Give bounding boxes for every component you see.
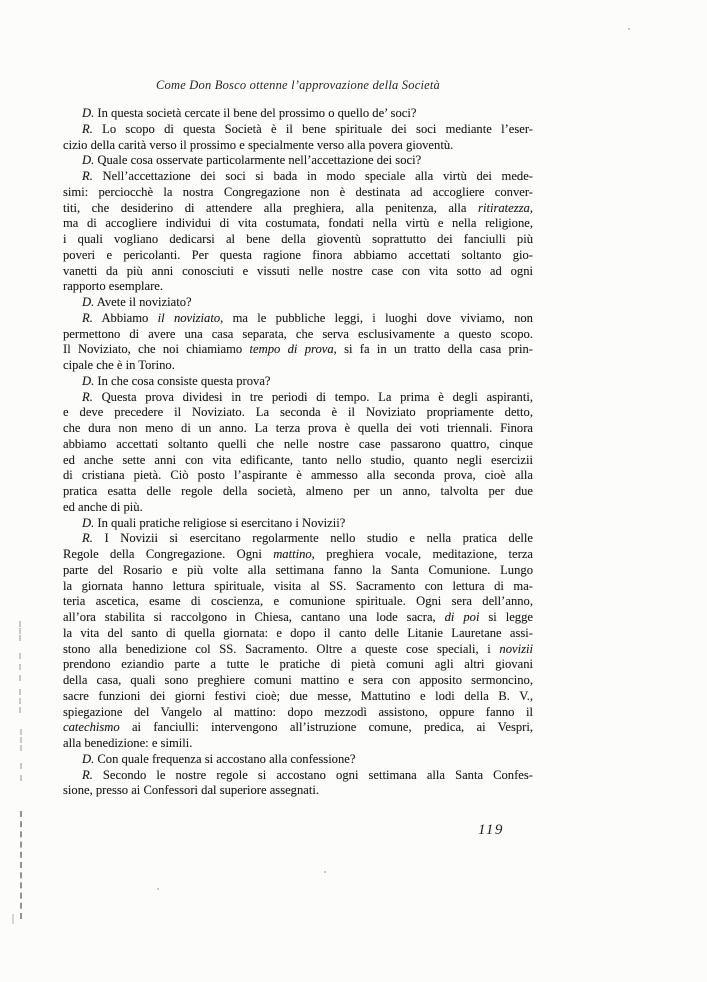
- book-page: Come Don Bosco ottenne l’approvazione de…: [0, 0, 707, 982]
- text-line: D. Con quale frequenza si accostano alla…: [63, 752, 533, 768]
- text-line: D. In che cosa consiste questa prova?: [63, 374, 533, 390]
- text-run: spiegazione del Vangelo al mattino: dopo…: [63, 705, 533, 719]
- text-line: ed anche di più.: [63, 500, 533, 516]
- text-line: la giornata hanno lettura spirituale, vi…: [63, 579, 533, 595]
- text-run: teria ascetica, esame di coscienza, e co…: [63, 594, 533, 608]
- scan-artifact-mark: [19, 689, 21, 713]
- text-line: simi: perciocchè la nostra Congregazione…: [63, 185, 533, 201]
- text-line: R. I Novizii si esercitano regolarmente …: [63, 531, 533, 547]
- text-run: si legge: [479, 610, 533, 624]
- text-line: D. Quale cosa osservate particolarmente …: [63, 153, 533, 169]
- text-run: e deve precedere il Noviziato. La second…: [63, 405, 533, 419]
- text-line: D. In questa società cercate il bene del…: [63, 106, 533, 122]
- text-run: novizii: [499, 642, 533, 656]
- scan-artifact-mark: [20, 729, 22, 751]
- text-run: i quali vogliano dedicarsi al bene della…: [63, 232, 533, 246]
- text-run: I Novizii si esercitano regolarmente nel…: [93, 531, 533, 545]
- text-run: D.: [82, 106, 94, 120]
- text-run: D.: [82, 153, 94, 167]
- text-line: pratica esatta delle regole della societ…: [63, 484, 533, 500]
- text-run: la vita del santo di quella giornata: e …: [63, 626, 533, 640]
- text-line: alla benedizione: e simili.: [63, 736, 533, 752]
- text-run: Secondo le nostre regole si accostano og…: [93, 768, 533, 782]
- text-line: all’ora stabilita si raccolgono in Chies…: [63, 610, 533, 626]
- text-line: spiegazione del Vangelo al mattino: dopo…: [63, 705, 533, 721]
- text-line: ed anche sette anni con vita edificante,…: [63, 453, 533, 469]
- text-run: R.: [82, 122, 93, 136]
- text-line: R. Secondo le nostre regole si accostano…: [63, 768, 533, 784]
- text-run: di poi: [445, 610, 480, 624]
- text-run: tempo di prova: [250, 342, 334, 356]
- text-line: D. Avete il noviziato?: [63, 295, 533, 311]
- text-line: della casa, quali sono preghiere comuni …: [63, 673, 533, 689]
- text-line: che dura non meno di un anno. La terza p…: [63, 421, 533, 437]
- text-run: pratica esatta delle regole della societ…: [63, 484, 533, 498]
- text-run: D.: [82, 374, 94, 388]
- scan-artifact-mark: [19, 653, 21, 681]
- text-run: , si fa in un tratto della casa prin-: [334, 342, 533, 356]
- text-run: R.: [82, 531, 93, 545]
- text-run: parte del Rosario e più volte alla setti…: [63, 563, 533, 577]
- text-run: D.: [82, 295, 94, 309]
- text-line: ma di accogliere individui di vita costu…: [63, 216, 533, 232]
- scan-artifact-mark: [20, 763, 22, 781]
- text-run: Regole della Congregazione. Ogni: [63, 547, 273, 561]
- running-header: Come Don Bosco ottenne l’approvazione de…: [63, 78, 533, 93]
- text-line: R. Abbiamo il noviziato, ma le pubbliche…: [63, 311, 533, 327]
- text-line: e deve precedere il Noviziato. La second…: [63, 405, 533, 421]
- scan-artifact-mark: [19, 621, 21, 641]
- text-run: abbiamo accettati soltanto quelli che ne…: [63, 437, 533, 451]
- text-run: permettono di avere una casa separata, c…: [63, 327, 533, 341]
- text-run: Abbiamo: [93, 311, 158, 325]
- scan-artifact-dot: [157, 888, 159, 890]
- page-number: 119: [478, 822, 504, 839]
- text-run: alla benedizione: e simili.: [63, 736, 192, 750]
- text-run: , ma le pubbliche leggi, i luoghi dove v…: [220, 311, 533, 325]
- text-line: Regole della Congregazione. Ogni mattino…: [63, 547, 533, 563]
- text-line: Il Noviziato, che noi chiamiamo tempo di…: [63, 342, 533, 358]
- text-run: della casa, quali sono preghiere comuni …: [63, 673, 533, 687]
- text-run: D.: [82, 752, 94, 766]
- text-line: stono alla benedizione col SS. Sacrament…: [63, 642, 533, 658]
- text-line: di cristiana pietà. Ciò posto l’aspirant…: [63, 468, 533, 484]
- text-run: la giornata hanno lettura spirituale, vi…: [63, 579, 533, 593]
- text-run: sacre funzioni dei giorni festivi cioè; …: [63, 689, 533, 703]
- text-run: mattino: [273, 547, 311, 561]
- text-run: ma di accogliere individui di vita costu…: [63, 216, 533, 230]
- text-run: D.: [82, 516, 94, 530]
- body-text: D. In questa società cercate il bene del…: [63, 106, 533, 799]
- text-run: simi: perciocchè la nostra Congregazione…: [63, 185, 533, 199]
- text-line: cipale che è in Torino.: [63, 358, 533, 374]
- text-run: Avete il noviziato?: [94, 295, 191, 309]
- text-run: rapporto esemplare.: [63, 279, 163, 293]
- text-run: In quali pratiche religiose si esercitan…: [94, 516, 345, 530]
- text-line: cizio della carità verso il prossimo e s…: [63, 138, 533, 154]
- text-run: catechismo: [63, 720, 120, 734]
- text-run: R.: [82, 768, 93, 782]
- text-line: permettono di avere una casa separata, c…: [63, 327, 533, 343]
- scan-artifact-mark: [20, 811, 22, 919]
- text-run: R.: [82, 390, 93, 404]
- text-line: vanetti da più anni conosciuti e vissuti…: [63, 264, 533, 280]
- text-run: di cristiana pietà. Ciò posto l’aspirant…: [63, 468, 533, 482]
- text-run: Lo scopo di questa Società è il bene spi…: [93, 122, 533, 136]
- text-line: titi, che desiderino di attendere alla p…: [63, 201, 533, 217]
- text-run: Il Noviziato, che noi chiamiamo: [63, 342, 250, 356]
- text-run: In questa società cercate il bene del pr…: [94, 106, 416, 120]
- text-run: cizio della carità verso il prossimo e s…: [63, 138, 453, 152]
- text-line: rapporto esemplare.: [63, 279, 533, 295]
- text-line: prendono eziandio parte a tutte le prati…: [63, 657, 533, 673]
- text-run: vanetti da più anni conosciuti e vissuti…: [63, 264, 533, 278]
- text-line: R. Lo scopo di questa Società è il bene …: [63, 122, 533, 138]
- text-run: che dura non meno di un anno. La terza p…: [63, 421, 533, 435]
- text-run: , preghiera vocale, meditazione, terza: [312, 547, 533, 561]
- text-run: prendono eziandio parte a tutte le prati…: [63, 657, 533, 671]
- text-line: parte del Rosario e più volte alla setti…: [63, 563, 533, 579]
- text-line: sione, presso ai Confessori dal superior…: [63, 783, 533, 799]
- text-run: ,: [530, 201, 533, 215]
- text-run: all’ora stabilita si raccolgono in Chies…: [63, 610, 445, 624]
- text-line: sacre funzioni dei giorni festivi cioè; …: [63, 689, 533, 705]
- text-line: la vita del santo di quella giornata: e …: [63, 626, 533, 642]
- text-run: In che cosa consiste questa prova?: [94, 374, 270, 388]
- scan-artifact-mark: [12, 914, 14, 924]
- text-run: ed anche di più.: [63, 500, 143, 514]
- text-run: Con quale frequenza si accostano alla co…: [94, 752, 355, 766]
- text-line: i quali vogliano dedicarsi al bene della…: [63, 232, 533, 248]
- text-run: sione, presso ai Confessori dal superior…: [63, 783, 319, 797]
- text-line: D. In quali pratiche religiose si eserci…: [63, 516, 533, 532]
- text-run: stono alla benedizione col SS. Sacrament…: [63, 642, 499, 656]
- text-run: ritiratezza: [478, 201, 530, 215]
- scan-artifact-dot: [628, 28, 630, 30]
- text-run: ed anche sette anni con vita edificante,…: [63, 453, 533, 467]
- text-run: R.: [82, 169, 93, 183]
- text-run: poveri e pericolanti. Per questa ragione…: [63, 248, 533, 262]
- text-run: Questa prova dividesi in tre periodi di …: [93, 390, 533, 404]
- text-run: cipale che è in Torino.: [63, 358, 175, 372]
- text-line: R. Questa prova dividesi in tre periodi …: [63, 390, 533, 406]
- text-line: teria ascetica, esame di coscienza, e co…: [63, 594, 533, 610]
- text-line: abbiamo accettati soltanto quelli che ne…: [63, 437, 533, 453]
- text-run: ai fanciulli: intervengono all’istruzion…: [120, 720, 533, 734]
- text-run: Nell’accettazione dei soci si bada in mo…: [93, 169, 533, 183]
- text-line: catechismo ai fanciulli: intervengono al…: [63, 720, 533, 736]
- scan-artifact-dot: [324, 871, 326, 873]
- text-run: il noviziato: [158, 311, 220, 325]
- text-run: Quale cosa osservate particolarmente nel…: [94, 153, 421, 167]
- text-line: poveri e pericolanti. Per questa ragione…: [63, 248, 533, 264]
- text-run: R.: [82, 311, 93, 325]
- text-run: titi, che desiderino di attendere alla p…: [63, 201, 478, 215]
- text-line: R. Nell’accettazione dei soci si bada in…: [63, 169, 533, 185]
